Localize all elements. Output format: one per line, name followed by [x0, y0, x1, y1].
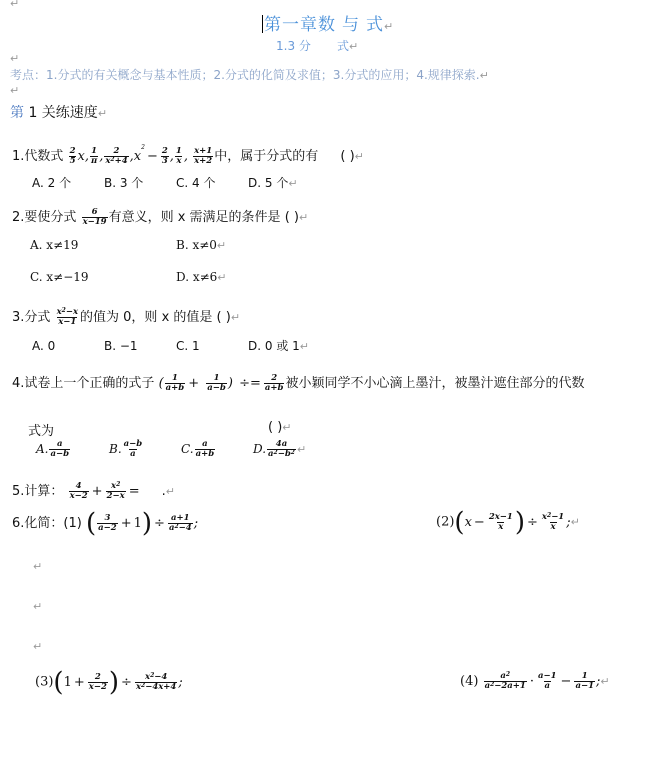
question-2-options-row-1: A. x≠19B. x≠0↵	[30, 238, 226, 252]
subtitle-char-1: 分	[299, 39, 311, 53]
title-part-2: 与	[342, 15, 360, 35]
paragraph-mark: ↵	[299, 211, 308, 224]
question-4[interactable]: 4.试卷上一个正确的式子 (1a+b+ 1a−b) ÷=2a+b被小颖同学不小心…	[12, 372, 584, 393]
question-stem: 被小颖同学不小心滴上墨汁，被墨汁遮住部分的代数	[285, 376, 584, 391]
math-expression: (1a+b+ 1a−b) ÷=2a+b	[159, 376, 286, 391]
question-stem: 试卷上一个正确的式子	[24, 376, 154, 391]
question-stem: 化简：	[24, 516, 63, 531]
key-points-text: 考点：1.分式的有关概念与基本性质；2.分式的化简及求值；3.分式的应用；4.规…	[10, 68, 480, 82]
key-points[interactable]: 考点：1.分式的有关概念与基本性质；2.分式的化简及求值；3.分式的应用；4.规…	[10, 66, 489, 83]
paragraph-mark: ↵	[349, 40, 358, 53]
section-prefix: 第	[10, 105, 24, 121]
paragraph-mark: ↵	[297, 443, 306, 456]
subtitle-number: 1.3	[276, 39, 295, 53]
question-1[interactable]: 1.代数式 25x,1π,2x2+4,x2−23,1x, x+1x+2中，属于分…	[12, 145, 364, 166]
paragraph-mark: ↵	[571, 516, 580, 529]
question-stem: 中，属于分式的有	[214, 149, 318, 164]
question-6-part-2[interactable]: (2)(x−2x−1x)÷x2−1x;↵	[436, 512, 580, 532]
question-stem: 计算：	[24, 484, 63, 499]
math-fraction: 6x−19	[82, 208, 108, 227]
question-2-options-row-2: C. x≠−19D. x≠6↵	[30, 270, 227, 284]
math-expression-2: (x−2x−1x)÷x2−1x;	[454, 515, 570, 530]
question-1-options: A. 2 个B. 3 个C. 4 个D. 5 个↵	[32, 174, 298, 191]
paragraph-mark: ↵	[217, 271, 226, 284]
question-number: 3.	[12, 310, 24, 325]
question-stem: 分式	[24, 310, 50, 325]
paragraph-mark: ↵	[10, 0, 19, 10]
paragraph-mark: ↵	[384, 20, 394, 33]
question-4-line-2: 式为	[28, 420, 54, 439]
question-number: 4.	[12, 376, 24, 391]
math-fraction: x2−xx−1	[56, 308, 79, 327]
paragraph-mark: ↵	[166, 485, 175, 498]
question-3[interactable]: 3.分式 x2−xx−1的值为 0，则 x 的值是 ( )↵	[12, 306, 240, 327]
question-6[interactable]: 6.化简：(1) (3a−2+1)÷a+1a2−4;	[12, 512, 198, 534]
title-part-3: 式	[366, 15, 384, 35]
answer-bracket[interactable]: ( )	[285, 210, 299, 225]
question-stem: 代数式	[24, 149, 63, 164]
part-label: (4)	[460, 674, 478, 689]
question-number: 2.	[12, 210, 24, 225]
paragraph-mark: ↵	[300, 340, 309, 353]
question-2[interactable]: 2.要使分式 6x−19有意义，则 x 需满足的条件是 ( )↵	[12, 206, 308, 227]
answer-bracket[interactable]: ( )	[340, 149, 354, 164]
option-a[interactable]: A.aa−b	[36, 440, 109, 459]
question-6-part-4[interactable]: (4) a2a2−2a+1·a−1a−1a−1;↵	[460, 672, 610, 691]
option-a[interactable]: A. 2 个	[32, 174, 104, 191]
question-stem: 要使分式	[24, 210, 76, 225]
paragraph-mark: ↵	[288, 177, 297, 190]
paragraph-mark: ↵	[282, 421, 291, 434]
option-c[interactable]: C.aa+b	[181, 440, 253, 459]
paragraph-mark: ↵	[98, 107, 107, 120]
document-title[interactable]: 第一章数与式↵	[262, 10, 394, 35]
paragraph-mark: ↵	[33, 560, 42, 573]
question-stem: 有意义，则 x 需满足的条件是	[109, 210, 281, 225]
section-title: 1 关练速度	[24, 105, 98, 121]
question-stem: 式为	[28, 424, 54, 439]
question-stem: 的值为 0，则 x 的值是	[80, 310, 212, 325]
question-number: 1.	[12, 149, 24, 164]
question-3-options: A. 0B. −1C. 1D. 0 或 1↵	[32, 337, 309, 354]
math-expression: 25x,1π,2x2+4,x2−23,1x, x+1x+2	[68, 149, 215, 164]
question-number: 5.	[12, 484, 24, 499]
section-subtitle[interactable]: 1.3 分式↵	[276, 37, 358, 54]
math-expression: 4x−2+x22−x=	[68, 484, 142, 499]
question-number: 6.	[12, 516, 24, 531]
part-label: (1)	[63, 516, 81, 531]
text-cursor	[262, 15, 263, 33]
math-expression-4: a2a2−2a+1·a−1a−1a−1;	[483, 674, 601, 689]
paragraph-mark: ↵	[231, 311, 240, 324]
paragraph-mark: ↵	[217, 239, 226, 252]
math-expression-1: (3a−2+1)÷a+1a2−4;	[86, 516, 198, 531]
paragraph-mark: ↵	[10, 52, 19, 65]
question-4-options: A.aa−bB.a−baC.aa+bD.4aa2−b2↵	[36, 440, 306, 459]
option-b[interactable]: B. 3 个	[104, 174, 176, 191]
option-d[interactable]: D. 5 个	[248, 174, 288, 191]
option-c[interactable]: C. 1	[176, 339, 248, 353]
section-heading[interactable]: 第 1 关练速度↵	[10, 102, 107, 122]
part-label: (3)	[35, 675, 53, 690]
subtitle-char-2: 式	[337, 39, 349, 53]
option-d[interactable]: D. x≠6	[176, 270, 217, 284]
question-5[interactable]: 5.计算： 4x−2+x22−x=.↵	[12, 480, 175, 501]
paragraph-mark: ↵	[480, 69, 489, 82]
answer-bracket[interactable]: ( )	[217, 310, 231, 325]
option-b[interactable]: B.a−ba	[109, 440, 181, 459]
option-a[interactable]: A. x≠19	[30, 238, 176, 252]
option-c[interactable]: C. 4 个	[176, 174, 248, 191]
question-4-bracket[interactable]: ( )↵	[268, 420, 292, 435]
math-expression-3: (1+2x−2)÷x2−4x2−4x+4;	[53, 675, 182, 690]
paragraph-mark: ↵	[355, 150, 364, 163]
question-6-part-3[interactable]: (3)(1+2x−2)÷x2−4x2−4x+4;	[35, 672, 183, 692]
option-c[interactable]: C. x≠−19	[30, 270, 176, 284]
paragraph-mark: ↵	[600, 675, 609, 688]
option-d[interactable]: D.4aa2−b2	[253, 440, 297, 459]
paragraph-mark: ↵	[10, 84, 19, 97]
option-b[interactable]: B. x≠0	[176, 238, 217, 252]
title-part-1: 第一章数	[264, 15, 336, 35]
option-b[interactable]: B. −1	[104, 339, 176, 353]
paragraph-mark: ↵	[33, 600, 42, 613]
answer-bracket[interactable]: ( )	[268, 420, 282, 435]
part-label: (2)	[436, 515, 454, 530]
paragraph-mark: ↵	[33, 640, 42, 653]
option-a[interactable]: A. 0	[32, 339, 104, 353]
option-d[interactable]: D. 0 或 1	[248, 337, 300, 354]
